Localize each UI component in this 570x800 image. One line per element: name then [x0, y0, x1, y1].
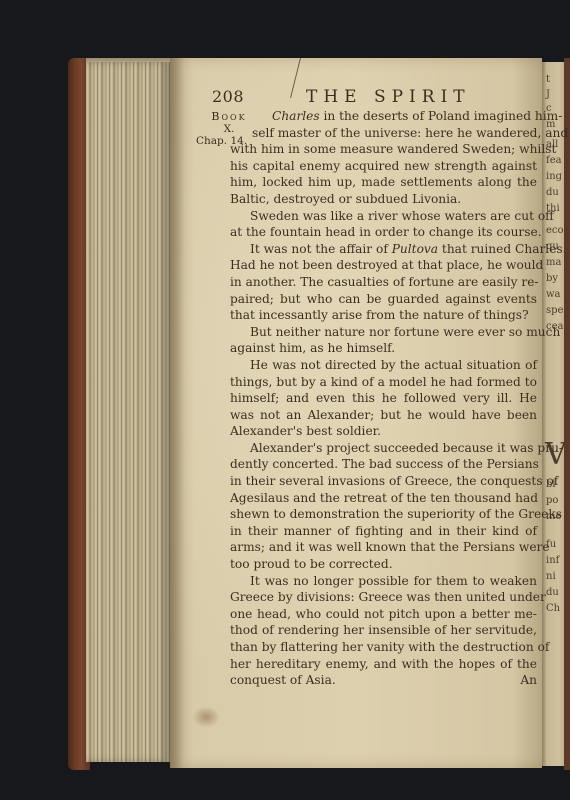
facing-page-text-fragment: ing [546, 172, 562, 182]
book-number: X. [198, 123, 260, 135]
book-scan: tJcmallfeaingduthiecoqumabywaspeceaVblpo… [0, 0, 570, 800]
page-number: 208 [212, 87, 244, 106]
text-line: Agesilaus and the retreat of the ten tho… [230, 490, 537, 507]
text-line: in another. The casualties of fortune ar… [230, 274, 537, 291]
facing-page-text-fragment: fea [546, 156, 562, 166]
text-line: thod of rendering her insensible of her … [230, 622, 537, 639]
facing-page-text-fragment: t [546, 75, 550, 85]
text-line: one head, who could not pitch upon a bet… [230, 606, 537, 623]
running-head: 208 THE SPIRIT [212, 87, 534, 107]
facing-page-text-fragment: ma [546, 258, 561, 268]
text-line: Alexander's best soldier. [230, 423, 537, 440]
facing-page-text-fragment: inf [546, 556, 559, 566]
text-line: his capital enemy acquired new strength … [230, 158, 537, 175]
text-line: Alexander's project succeeded because it… [230, 440, 537, 457]
text-line: that incessantly arise from the nature o… [230, 307, 537, 324]
facing-page-text-fragment: spe [546, 306, 563, 316]
text-line: himself; and even this he followed very … [230, 390, 537, 407]
facing-page-text-fragment: wa [546, 290, 561, 300]
text-line: in their manner of fighting and in their… [230, 523, 537, 540]
text-line: self master of the universe: here he wan… [252, 125, 537, 142]
text-line: was not an Alexander; but he would have … [230, 407, 537, 424]
body-text: Charles in the deserts of Poland imagine… [252, 108, 537, 689]
facing-page-text-fragment: Ch [546, 604, 560, 614]
running-title: THE SPIRIT [306, 87, 471, 107]
italic-name: Charles [272, 109, 320, 123]
text-line: her hereditary enemy, and with the hopes… [230, 656, 537, 673]
text-line: against him, as he himself. [230, 340, 537, 357]
italic-name: Pultova [392, 242, 438, 256]
text-line: Charles in the deserts of Poland imagine… [252, 108, 537, 125]
text-line: Sweden was like a river whose waters are… [230, 208, 537, 225]
leather-cover-right [564, 58, 570, 770]
facing-page-text-fragment: du [546, 188, 559, 198]
text-line: with him in some measure wandered Sweden… [230, 141, 537, 158]
text-line: It was not the affair of Pultova that ru… [230, 241, 537, 258]
text-line: too proud to be corrected. [230, 556, 537, 573]
text-line: things, but by a kind of a model he had … [230, 374, 537, 391]
text-line: Baltic, destroyed or subdued Livonia. [230, 191, 537, 208]
facing-page-text-fragment: J [546, 90, 550, 100]
text-line: than by flattering her vanity with the d… [230, 639, 537, 656]
text-line: paired; but who can be guarded against e… [230, 291, 537, 308]
text-line: shewn to demonstration the superiority o… [230, 506, 537, 523]
facing-page-text-fragment: ni [546, 572, 556, 582]
foxing-stain [192, 706, 220, 728]
facing-page-edge: tJcmallfeaingduthiecoqumabywaspeceaVblpo… [542, 62, 566, 766]
facing-page-text-fragment: by [546, 274, 558, 284]
gutter-shadow [170, 58, 184, 768]
text-line: him, locked him up, made settlements alo… [230, 174, 537, 191]
text-line: It was no longer possible for them to we… [230, 573, 537, 590]
text-line: dently concerted. The bad success of the… [230, 456, 537, 473]
book-label: Book [198, 111, 260, 123]
text-line: Greece by divisions: Greece was then uni… [230, 589, 537, 606]
facing-page-text-fragment: po [546, 496, 558, 506]
text-line: But neither nature nor fortune were ever… [230, 324, 537, 341]
text-line: Had he not been destroyed at that place,… [230, 257, 537, 274]
text-line: arms; and it was well known that the Per… [230, 539, 537, 556]
page-edges-block [86, 62, 170, 762]
text-line: in their several invasions of Greece, th… [230, 473, 537, 490]
facing-page-text-fragment: du [546, 588, 559, 598]
facing-page-text-fragment: eco [546, 226, 564, 236]
text-line: at the fountain head in order to change … [230, 224, 537, 241]
text-line: He was not directed by the actual situat… [230, 357, 537, 374]
